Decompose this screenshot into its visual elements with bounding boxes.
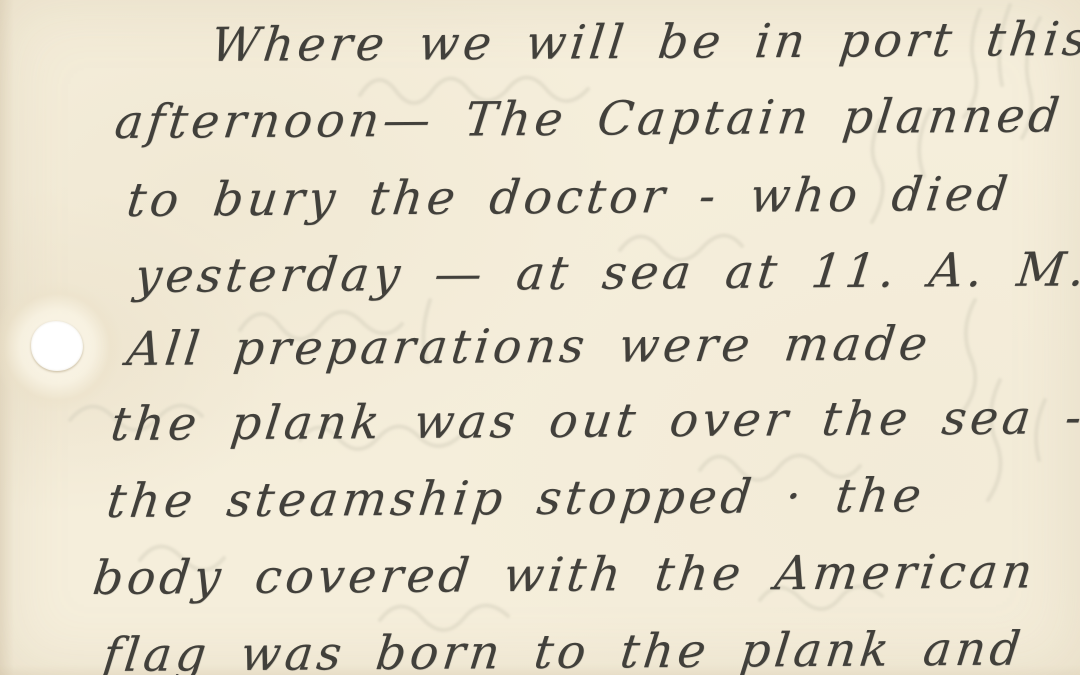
- handwritten-line: the plank was out over the sea -: [108, 390, 1080, 452]
- handwriting-text: Where we will be in port thisafternoon— …: [0, 0, 1080, 675]
- handwritten-line: the steamship stopped · the: [104, 468, 928, 529]
- handwritten-line: All preparations were made: [124, 316, 934, 377]
- handwritten-line: yesterday — at sea at 11. A. M.: [132, 242, 1080, 304]
- handwritten-line: afternoon— The Captain planned: [112, 88, 1066, 150]
- handwritten-line: body covered with the American: [90, 544, 1039, 606]
- handwritten-line: Where we will be in port this: [208, 12, 1080, 73]
- handwritten-line: to bury the doctor - who died: [124, 167, 1014, 228]
- handwritten-line: flag was born to the plank and: [100, 622, 1027, 675]
- letter-page: Where we will be in port thisafternoon— …: [0, 0, 1080, 675]
